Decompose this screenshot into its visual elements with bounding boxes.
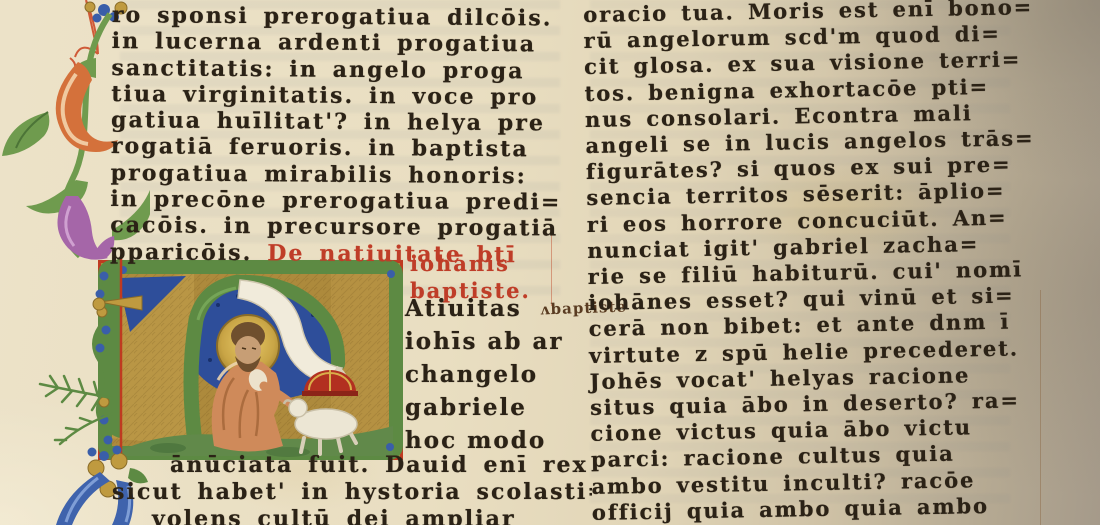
text-line: sanctitatis: in angelo proga [111, 55, 586, 85]
text-line: cacōis. in precursore progatiā [110, 212, 585, 242]
text-line: gabriele [405, 391, 595, 424]
right-text-column: oracio tua. Moris est enī bono= rū angel… [583, 0, 1047, 525]
text-line: iohīs ab ar [405, 325, 595, 358]
initial-edge-decoration [92, 258, 122, 460]
text-line: rogatiā feruoris. in baptista [111, 133, 586, 163]
purple-leaf-icon [57, 196, 114, 260]
orange-curl-leaf-icon [56, 62, 118, 152]
text-segment: pparicōis. [110, 239, 253, 266]
historiated-initial-icon [98, 260, 403, 460]
text-line: ānūciata fuit. Dauid enī rex [112, 452, 592, 479]
manuscript-page: ro sponsi prerogatiua dilcōis. in lucern… [0, 0, 1100, 525]
saint-john-figure [212, 315, 298, 452]
initial-frame [100, 262, 402, 459]
text-line: sicut habet' in hystoria scolasti= [112, 479, 592, 506]
banderole-scroll [238, 280, 344, 386]
red-pen-flourish-icon [70, 0, 98, 72]
text-line: in precōne prerogatiua predi= [110, 186, 585, 216]
text-line: tiua virginitatis. in voce pro [111, 81, 586, 111]
corner-berries [109, 266, 395, 451]
left-text-column: ro sponsi prerogatiua dilcōis. in lucern… [110, 2, 587, 269]
text-line: in lucerna ardenti progatiua [112, 28, 587, 58]
text-below-initial: ānūciata fuit. Dauid enī rex sicut habet… [112, 452, 592, 525]
gold-horn-ornament-icon [93, 296, 142, 310]
text-line: volens cultū dei ampliar [112, 506, 592, 525]
initial-green-letterform [105, 267, 396, 453]
lamb [284, 399, 357, 454]
rubric-line: iohānis [410, 250, 531, 277]
text-line: ro sponsi prerogatiua dilcōis. [112, 2, 587, 32]
initial-blue-counter [118, 276, 336, 401]
red-dome-ornament [302, 370, 358, 396]
text-line: gatiua huīlitat'? in helya pre [111, 107, 586, 137]
fern-sprig-icon [40, 376, 112, 444]
text-line: progatiua mirabilis honoris: [111, 160, 586, 190]
text-line: changelo [405, 358, 595, 391]
